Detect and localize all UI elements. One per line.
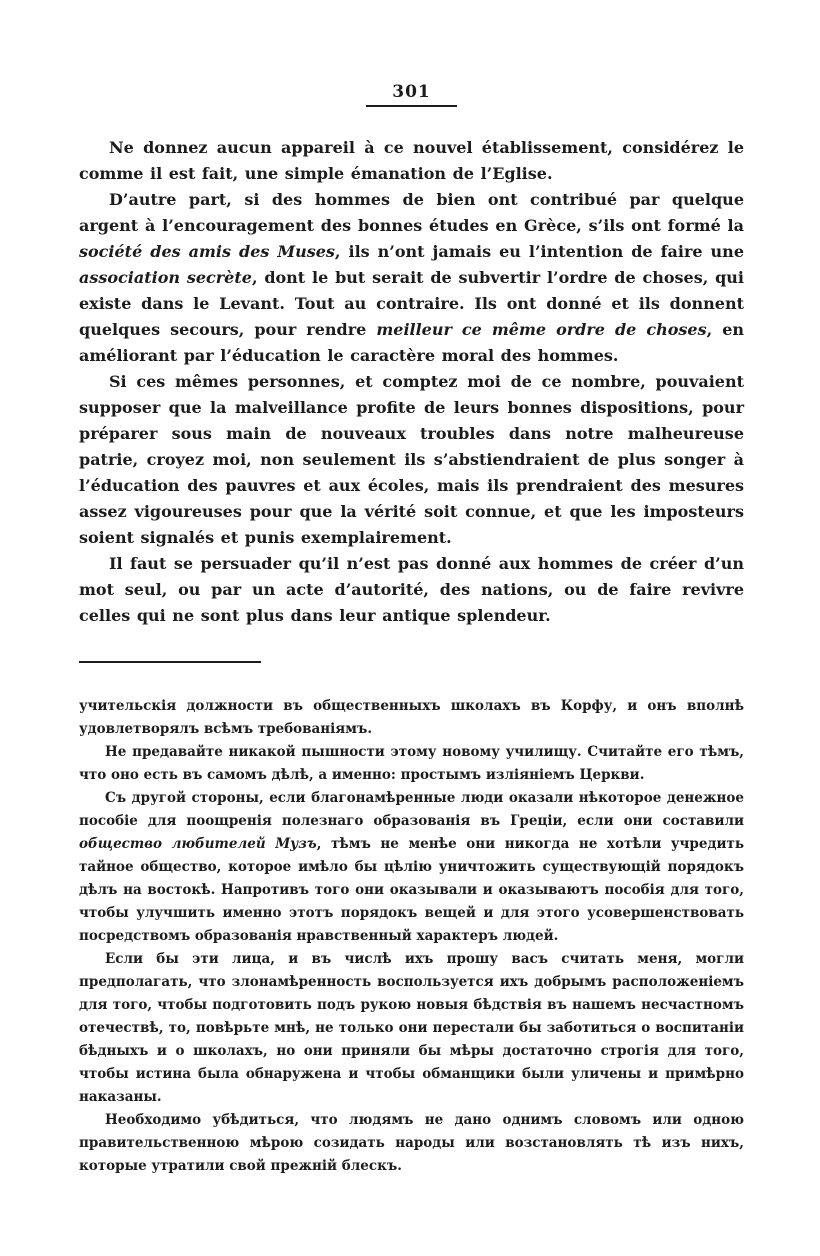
text-run: Il faut se persuader qu’il n’est pas don…	[79, 554, 744, 625]
text-run: , тѣмъ не менѣе они никогда не хотѣли уч…	[79, 836, 744, 944]
italic-text-run: общество любителей Музъ	[79, 836, 317, 852]
text-run: учительскія должности въ общественныхъ ш…	[79, 698, 744, 737]
book-page: 301 Ne donnez aucun appareil à ce nouvel…	[0, 0, 820, 1256]
paragraph: учительскія должности въ общественныхъ ш…	[79, 695, 744, 741]
italic-text-run: meilleur ce même ordre de choses	[376, 320, 706, 339]
text-run: , ils n’ont jamais eu l’intention de fai…	[335, 242, 744, 261]
footnote-text-russian: учительскія должности въ общественныхъ ш…	[79, 695, 744, 1178]
paragraph: Ne donnez aucun appareil à ce nouvel éta…	[79, 135, 744, 187]
page-number: 301	[366, 82, 457, 107]
italic-text-run: association secrète	[79, 268, 252, 287]
paragraph: Si ces mêmes personnes, et comptez moi d…	[79, 369, 744, 551]
text-run: Если бы эти лица, и въ числѣ ихъ прошу в…	[79, 951, 744, 1105]
text-run: Съ другой стороны, если благонамѣренные …	[79, 790, 744, 829]
footnote-separator-rule	[79, 661, 261, 663]
paragraph: Если бы эти лица, и въ числѣ ихъ прошу в…	[79, 948, 744, 1109]
page-header: 301	[79, 82, 744, 107]
paragraph: Съ другой стороны, если благонамѣренные …	[79, 787, 744, 948]
text-run: Необходимо убѣдиться, что людямъ не дано…	[79, 1112, 744, 1174]
text-run: D’autre part, si des hommes de bien ont …	[79, 190, 744, 235]
paragraph: Необходимо убѣдиться, что людямъ не дано…	[79, 1109, 744, 1178]
paragraph: Не предавайте никакой пышности этому нов…	[79, 741, 744, 787]
paragraph: D’autre part, si des hommes de bien ont …	[79, 187, 744, 369]
main-text-french: Ne donnez aucun appareil à ce nouvel éta…	[79, 135, 744, 629]
text-run: Si ces mêmes personnes, et comptez moi d…	[79, 372, 744, 547]
text-run: Не предавайте никакой пышности этому нов…	[79, 744, 744, 783]
text-run: Ne donnez aucun appareil à ce nouvel éta…	[79, 138, 744, 183]
italic-text-run: société des amis des Muses	[79, 242, 335, 261]
paragraph: Il faut se persuader qu’il n’est pas don…	[79, 551, 744, 629]
